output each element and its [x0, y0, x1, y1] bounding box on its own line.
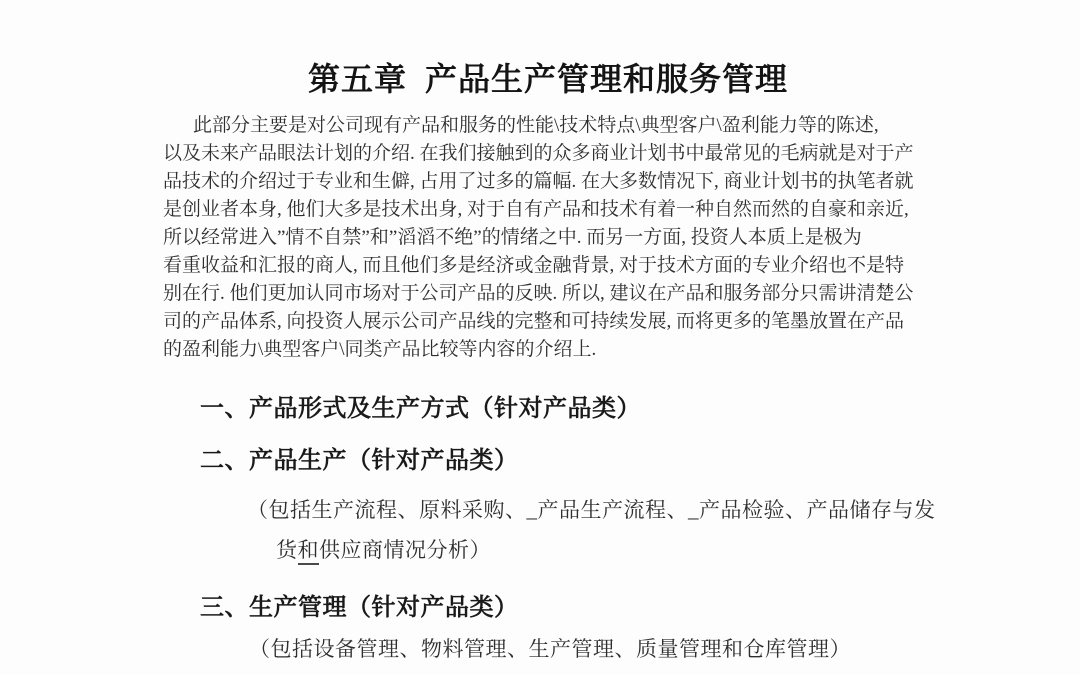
section-2-note-line-2: 货和供应商情况分析） [276, 534, 491, 564]
intro-paragraph: 此部分主要是对公司现有产品和服务的性能\技术特点\典型客户\盈利能力等的陈述, … [163, 112, 923, 364]
section-2-heading: 二、产品生产（针对产品类） [200, 440, 519, 475]
section-2-note-line-2-pre: 货 [276, 538, 298, 562]
section-2-note-line-2-post: 供应商情况分析） [319, 538, 491, 562]
section-1-heading: 一、产品形式及生产方式（针对产品类） [200, 388, 641, 423]
section-2-note-line-1: （包括生产流程、原料采购、_产品生产流程、_产品检验、产品储存与发 [247, 494, 936, 524]
section-3-note: （包括设备管理、物料管理、生产管理、质量管理和仓库管理） [249, 633, 851, 663]
section-3-heading: 三、生产管理（针对产品类） [200, 587, 519, 622]
section-2-note-underlined-char: 和 [298, 538, 320, 565]
chapter-title: 第五章 产品生产管理和服务管理 [16, 54, 1080, 100]
document-page: 第五章 产品生产管理和服务管理 此部分主要是对公司现有产品和服务的性能\技术特点… [0, 0, 1080, 675]
